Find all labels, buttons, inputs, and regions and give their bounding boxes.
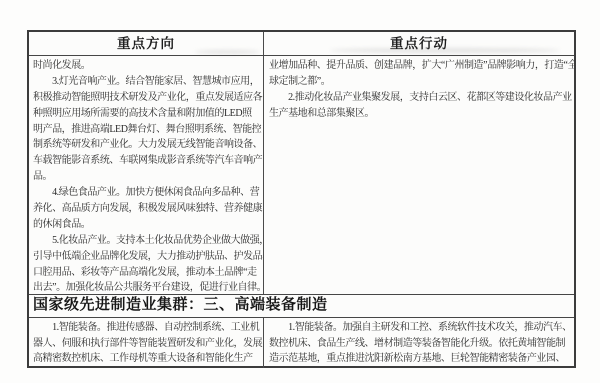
text-line: 器人、伺服和执行部件等智能装置研发和产业化，发展	[33, 336, 261, 352]
section-header-high-end-equipment: 国家级先进制造业集群：三、高端装备制造	[29, 295, 574, 318]
text-line: 出去”。加强化妆品公共服务平台建设，促进行业自律。	[33, 280, 261, 294]
text-line: 造示范基地，重点推进沈阳新松南方基地、巨轮智能精密装备产业园、	[269, 351, 571, 367]
text-line: 2.推动化妆品产业集聚发展，支持白云区、花都区等建设化妆品产业	[269, 90, 571, 106]
text-line: 制系统等研发和产业化。大力发展无线智能音响设备、	[33, 137, 261, 153]
text-line: 生产基地和总部集聚区。	[269, 106, 571, 122]
text-line: 口腔用品、彩妆等产品高端化发展，推动本土品牌“走	[33, 265, 261, 281]
text-line: 时尚化发展。	[33, 58, 261, 74]
text-line: 4.绿色食品产业。加快方便休闲食品向多品种、营	[33, 185, 261, 201]
cell-key-directions-text: 时尚化发展。 3.灯光音响产业。结合智能家居、智慧城市应用，积极推动智能照明技术…	[29, 56, 264, 294]
table-body-row-consumer-industries: 时尚化发展。 3.灯光音响产业。结合智能家居、智慧城市应用，积极推动智能照明技术…	[29, 56, 574, 295]
text-line: 种照明应用场所需要的高技术含量和附加值的LED照	[33, 106, 261, 122]
text-line: 积极推动智能照明技术研发及产业化，重点发展适应各	[33, 90, 261, 106]
text-line: 3.灯光音响产业。结合智能家居、智慧城市应用，	[33, 74, 261, 90]
text-line: 养化、高品质方向发展，积极发展风味独特、营养健康	[33, 201, 261, 217]
scanned-document-page: { "table": { "header": { "left": "重点方向",…	[0, 0, 600, 383]
table-body-row-intelligent-equipment: 1.智能装备。推进传感器、自动控制系统、工业机器人、伺服和执行部件等智能装置研发…	[29, 318, 574, 368]
header-cell-key-directions: 重点方向	[29, 32, 264, 55]
cell-key-actions-text-2: 1.智能装备。加强自主研发和工控、系统软件技术攻关，推动汽车、数控机床、食品生产…	[264, 318, 574, 368]
text-line: 数控机床、食品生产线、增材制造等装备智能化升级。依托黄埔智能制	[269, 336, 571, 352]
text-line: 球定制之都”。	[269, 74, 571, 90]
text-line: 品。	[33, 169, 261, 185]
cell-key-actions-text: 业增加品种、提升品质、创建品牌，扩大“广州制造”品牌影响力，打造“全球定制之都”…	[264, 56, 574, 294]
header-cell-key-actions: 重点行动	[264, 32, 574, 55]
text-line: 5.化妆品产业。支持本土化妆品优势企业做大做强，	[33, 233, 261, 249]
text-line: 业增加品种、提升品质、创建品牌，扩大“广州制造”品牌影响力，打造“全	[269, 58, 571, 74]
text-line: 1.智能装备。加强自主研发和工控、系统软件技术攻关，推动汽车、	[269, 320, 571, 336]
text-line: 高精密数控机床、工作母机等重大设备和智能化生产	[33, 351, 261, 367]
table-header-row: 重点方向 重点行动	[29, 32, 574, 56]
cell-key-directions-text-2: 1.智能装备。推进传感器、自动控制系统、工业机器人、伺服和执行部件等智能装置研发…	[29, 318, 264, 368]
text-line: 的休闲食品。	[33, 217, 261, 233]
text-line: 明产品，推进高端LED舞台灯、舞台照明系统、智能控	[33, 122, 261, 138]
text-line: 车载智能影音系统、车联网集成影音系统等汽车音响产	[33, 153, 261, 169]
text-line: 引导中低端企业品牌化发展，大力推动护肤品、护发品、	[33, 249, 261, 265]
planning-document-table: 重点方向 重点行动 时尚化发展。 3.灯光音响产业。结合智能家居、智慧城市应用，…	[27, 30, 576, 368]
text-line: 1.智能装备。推进传感器、自动控制系统、工业机	[33, 320, 261, 336]
